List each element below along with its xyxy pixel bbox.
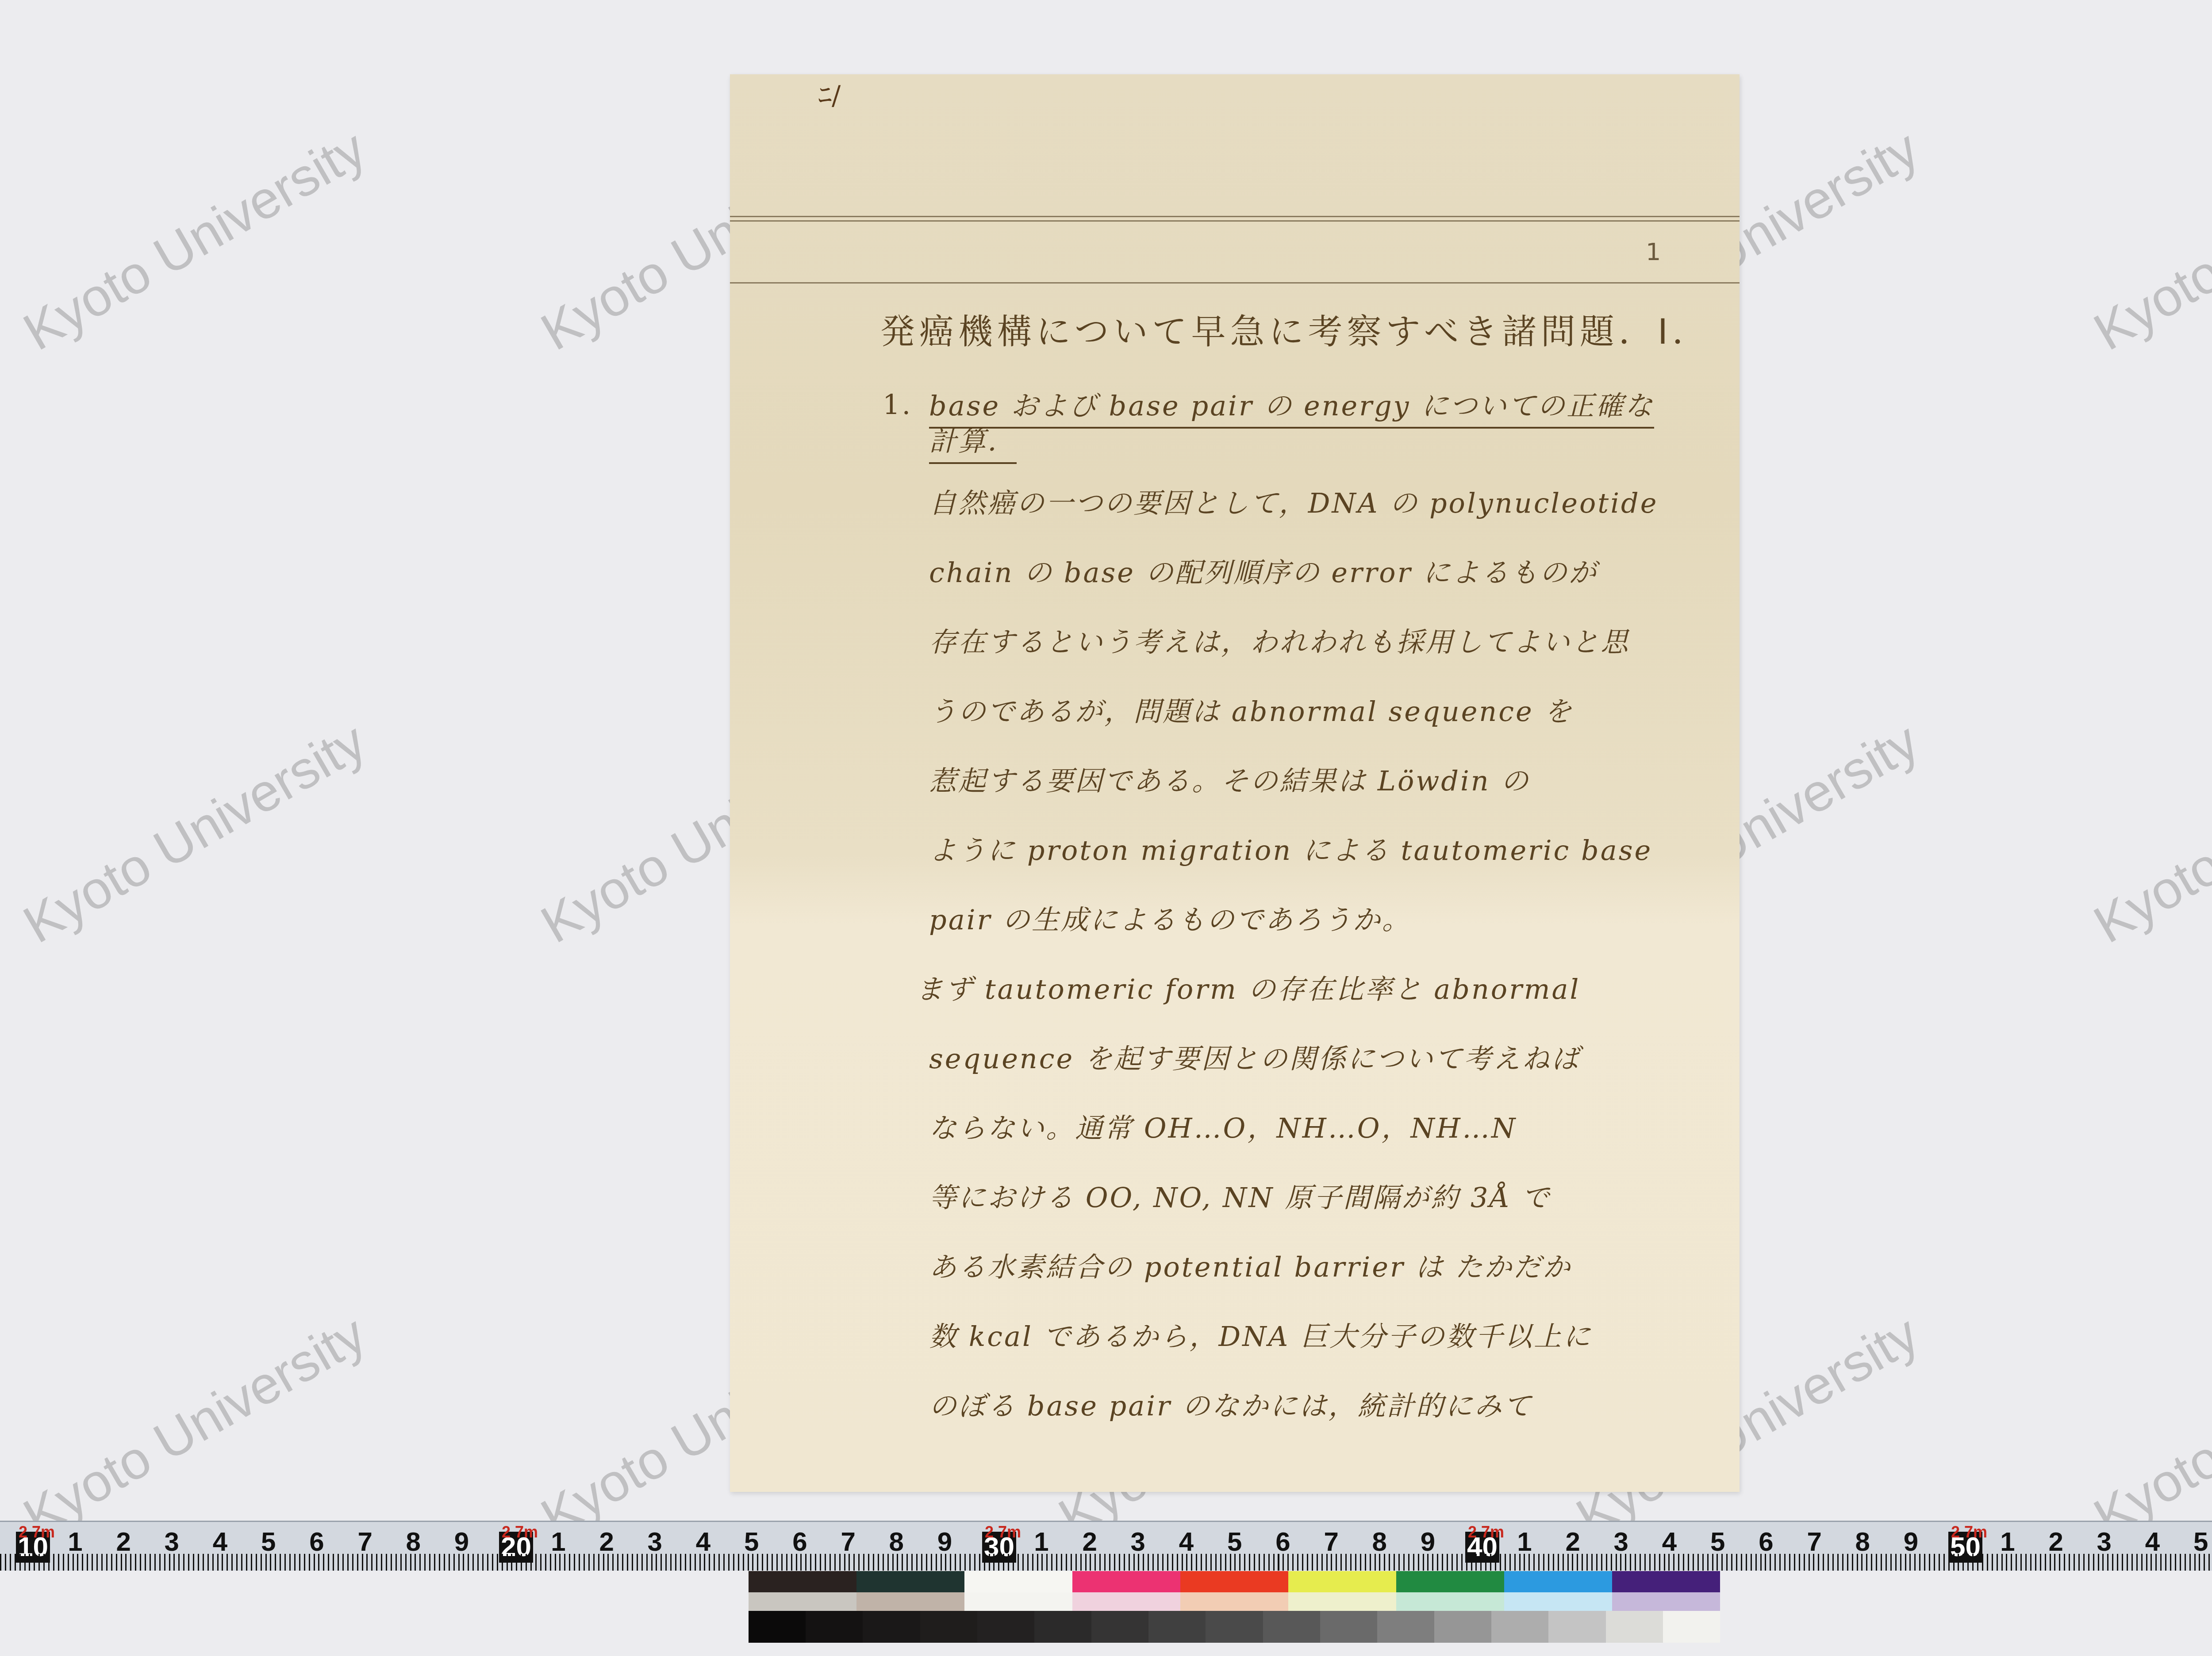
page-title: 発癌機構について早急に考察すべき諸問題．I． bbox=[880, 304, 1711, 354]
ruler-cm-label: 8 bbox=[889, 1526, 904, 1557]
ruler-prefix: 2 bbox=[19, 1523, 27, 1541]
ruler-cm-label: 6 bbox=[309, 1526, 324, 1557]
ruler-cm-label: 3 bbox=[648, 1526, 662, 1557]
ruler-cm-label: 1 bbox=[1517, 1526, 1532, 1557]
ruler-ticks bbox=[0, 1554, 2212, 1571]
ruler-cm-label: 3 bbox=[2097, 1526, 2112, 1557]
ruler-cm-label: 5 bbox=[261, 1526, 276, 1557]
color-swatch bbox=[1288, 1592, 1396, 1611]
ruler-cm-label: 7 bbox=[1807, 1526, 1821, 1557]
color-swatch bbox=[1396, 1571, 1504, 1592]
color-swatch bbox=[863, 1611, 920, 1643]
ruler-cm-label: 6 bbox=[1275, 1526, 1290, 1557]
manuscript-line: 惹起する要因である。その結果は Löwdin の bbox=[929, 759, 1530, 798]
color-calibration-chart bbox=[749, 1571, 1720, 1643]
ruler-cm-label: 9 bbox=[1421, 1526, 1435, 1557]
header-rule bbox=[730, 282, 1740, 284]
ruler-unit: 7m bbox=[32, 1523, 55, 1541]
ruler-cm-label: 7 bbox=[357, 1526, 372, 1557]
manuscript-line: ある水素結合の potential barrier は たかだか bbox=[929, 1245, 1572, 1284]
color-swatch bbox=[1612, 1571, 1720, 1592]
ruler-prefix: 2 bbox=[985, 1523, 994, 1541]
ruler-cm-label: 7 bbox=[841, 1526, 855, 1557]
color-swatch bbox=[1320, 1611, 1377, 1643]
ruler-cm-label: 8 bbox=[406, 1526, 421, 1557]
manuscript-line: 数 kcal であるから，DNA 巨大分子の数千以上に bbox=[929, 1315, 1592, 1354]
ruler-unit: 7m bbox=[515, 1523, 538, 1541]
ruler-cm-label: 5 bbox=[1227, 1526, 1242, 1557]
ruler-unit: 7m bbox=[998, 1523, 1021, 1541]
color-swatch bbox=[1612, 1592, 1720, 1611]
color-swatch bbox=[1548, 1611, 1605, 1643]
watermark-text: Kyoto University bbox=[2084, 118, 2212, 363]
color-swatch bbox=[1091, 1611, 1148, 1643]
ruler-cm-label: 3 bbox=[1131, 1526, 1145, 1557]
color-swatch bbox=[1288, 1571, 1396, 1592]
header-double-rule bbox=[730, 216, 1740, 217]
ruler-cm-label: 2 bbox=[1565, 1526, 1580, 1557]
ruler-cm-label: 1 bbox=[68, 1526, 82, 1557]
color-swatch bbox=[1396, 1592, 1504, 1611]
color-swatch bbox=[920, 1611, 977, 1643]
ruler-cm-label: 7 bbox=[1324, 1526, 1338, 1557]
ruler-cm-label: 1 bbox=[1034, 1526, 1048, 1557]
page-number: 1 bbox=[1646, 238, 1661, 266]
ruler-cm-label: 5 bbox=[744, 1526, 759, 1557]
ruler-cm-label: 1 bbox=[2000, 1526, 2015, 1557]
color-swatch bbox=[1034, 1611, 1091, 1643]
color-swatch bbox=[964, 1592, 1072, 1611]
color-swatch bbox=[1434, 1611, 1491, 1643]
color-swatch bbox=[1072, 1592, 1180, 1611]
color-swatch bbox=[1504, 1592, 1612, 1611]
ruler-prefix: 2 bbox=[1951, 1523, 1960, 1541]
color-swatch bbox=[977, 1611, 1034, 1643]
color-swatch bbox=[1180, 1571, 1288, 1592]
corner-note: ﾆ/ bbox=[818, 74, 841, 112]
item-heading: base および base pair の energy についての正確な bbox=[929, 384, 1654, 429]
color-swatch bbox=[1606, 1611, 1663, 1643]
color-swatch bbox=[1072, 1571, 1180, 1592]
manuscript-line: 等における OO, NO, NN 原子間隔が約 3Å で bbox=[929, 1176, 1551, 1215]
ruler-cm-label: 4 bbox=[213, 1526, 227, 1557]
manuscript-line: 存在するという考えは，われわれも採用してよいと思 bbox=[929, 620, 1630, 659]
ruler-cm-label: 2 bbox=[599, 1526, 614, 1557]
manuscript-line: pair の生成によるものであろうか。 bbox=[929, 898, 1411, 937]
watermark-text: Kyoto University bbox=[2084, 1303, 2212, 1548]
ruler-cm-label: 9 bbox=[454, 1526, 469, 1557]
ruler-cm-label: 4 bbox=[1179, 1526, 1194, 1557]
ruler-cm-label: 5 bbox=[1710, 1526, 1725, 1557]
ruler-cm-label: 6 bbox=[1759, 1526, 1773, 1557]
color-swatch bbox=[856, 1571, 964, 1592]
ruler-prefix: 2 bbox=[502, 1523, 511, 1541]
manuscript-line: 自然癌の一つの要因として，DNA の polynucleotide bbox=[929, 481, 1658, 521]
ruler-cm-label: 3 bbox=[1614, 1526, 1628, 1557]
manuscript-line: うのであるが，問題は abnormal sequence を bbox=[929, 690, 1573, 729]
ruler-unit: 7m bbox=[1964, 1523, 1987, 1541]
color-swatch bbox=[1377, 1611, 1434, 1643]
color-swatch bbox=[1491, 1611, 1548, 1643]
ruler-cm-label: 4 bbox=[1662, 1526, 1677, 1557]
ruler-cm-label: 4 bbox=[696, 1526, 710, 1557]
color-swatch bbox=[1663, 1611, 1720, 1643]
color-swatch bbox=[749, 1611, 806, 1643]
color-swatch bbox=[1206, 1611, 1263, 1643]
ruler-cm-label: 2 bbox=[116, 1526, 131, 1557]
manuscript-line: sequence を起す要因との関係について考えねば bbox=[929, 1037, 1581, 1076]
manuscript-line: ならない。通常 OH…O，NH…O，NH…N bbox=[929, 1106, 1517, 1146]
watermark-text: Kyoto University bbox=[13, 118, 376, 363]
color-swatch bbox=[1263, 1611, 1320, 1643]
color-swatch bbox=[749, 1592, 856, 1611]
color-swatch bbox=[749, 1571, 856, 1592]
color-swatch bbox=[856, 1592, 964, 1611]
manuscript-line: ように proton migration による tautomeric base bbox=[929, 828, 1652, 868]
watermark-text: Kyoto University bbox=[2084, 711, 2212, 955]
color-swatch bbox=[1180, 1592, 1288, 1611]
ruler-cm-label: 1 bbox=[551, 1526, 565, 1557]
color-swatch bbox=[964, 1571, 1072, 1592]
ruler-prefix: 2 bbox=[1468, 1523, 1477, 1541]
ruler-cm-label: 4 bbox=[2145, 1526, 2160, 1557]
ruler-unit: 7m bbox=[1481, 1523, 1504, 1541]
watermark-text: Kyoto University bbox=[13, 1303, 376, 1548]
color-swatch bbox=[1504, 1571, 1612, 1592]
watermark-text: Kyoto University bbox=[13, 711, 376, 955]
manuscript-line: chain の base の配列順序の error によるものが bbox=[929, 551, 1598, 590]
color-swatch bbox=[806, 1611, 863, 1643]
ruler-cm-label: 6 bbox=[792, 1526, 807, 1557]
ruler-cm-label: 8 bbox=[1372, 1526, 1387, 1557]
color-swatch bbox=[1148, 1611, 1206, 1643]
ruler-cm-label: 3 bbox=[165, 1526, 179, 1557]
measurement-ruler: 1027m1234567892027m1234567893027m1234567… bbox=[0, 1521, 2212, 1571]
manuscript-page: ﾆ/ 1 発癌機構について早急に考察すべき諸問題．I． 1. base および … bbox=[730, 74, 1740, 1492]
ruler-cm-label: 9 bbox=[1904, 1526, 1918, 1557]
manuscript-line: のぼる base pair のなかには，統計的にみて bbox=[929, 1384, 1532, 1423]
manuscript-line: まず tautomeric form の存在比率と abnormal bbox=[916, 967, 1580, 1007]
ruler-cm-label: 2 bbox=[2048, 1526, 2063, 1557]
item-number: 1. bbox=[883, 388, 912, 421]
ruler-cm-label: 8 bbox=[1855, 1526, 1870, 1557]
ruler-cm-label: 9 bbox=[937, 1526, 952, 1557]
item-heading-cont: 計算． bbox=[929, 419, 1017, 464]
ruler-cm-label: 2 bbox=[1082, 1526, 1097, 1557]
ruler-cm-label: 5 bbox=[2193, 1526, 2208, 1557]
